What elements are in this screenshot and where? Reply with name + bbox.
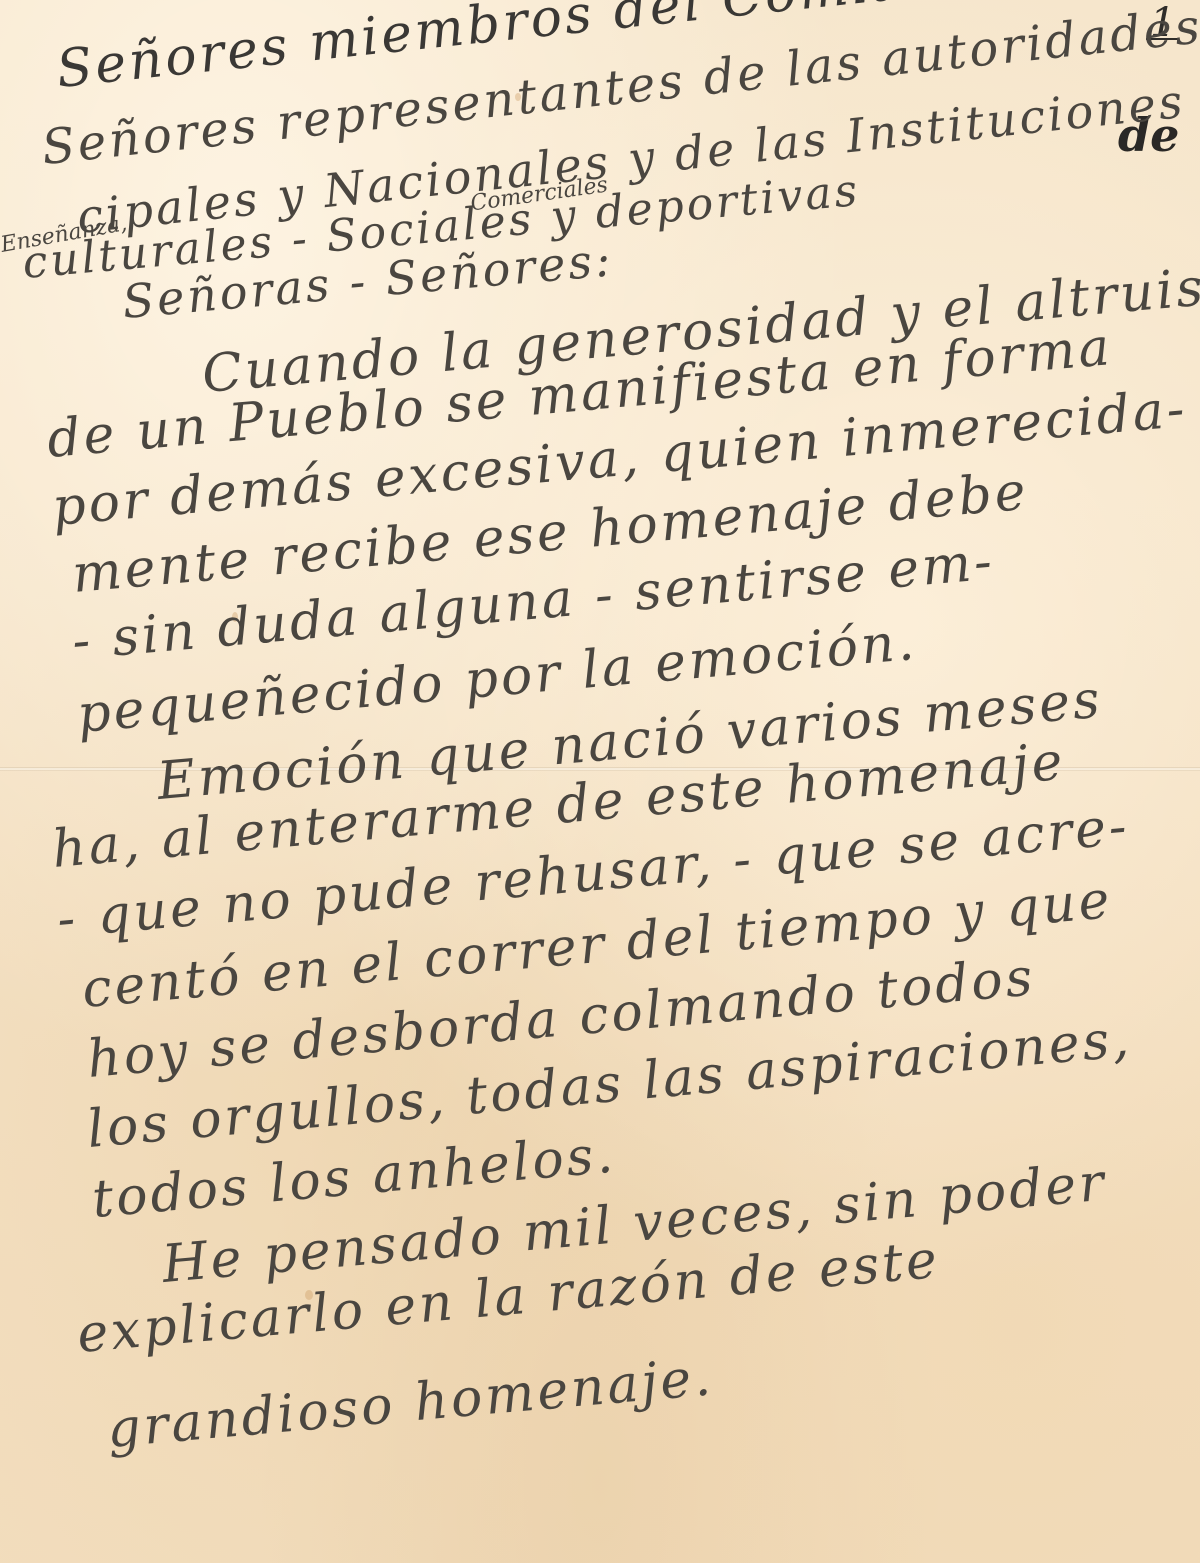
letter-page: 1 Señores miembros del Comité de Homenaj… [0,0,1200,1563]
body-line-16: grandioso homenaje. [105,1347,716,1460]
